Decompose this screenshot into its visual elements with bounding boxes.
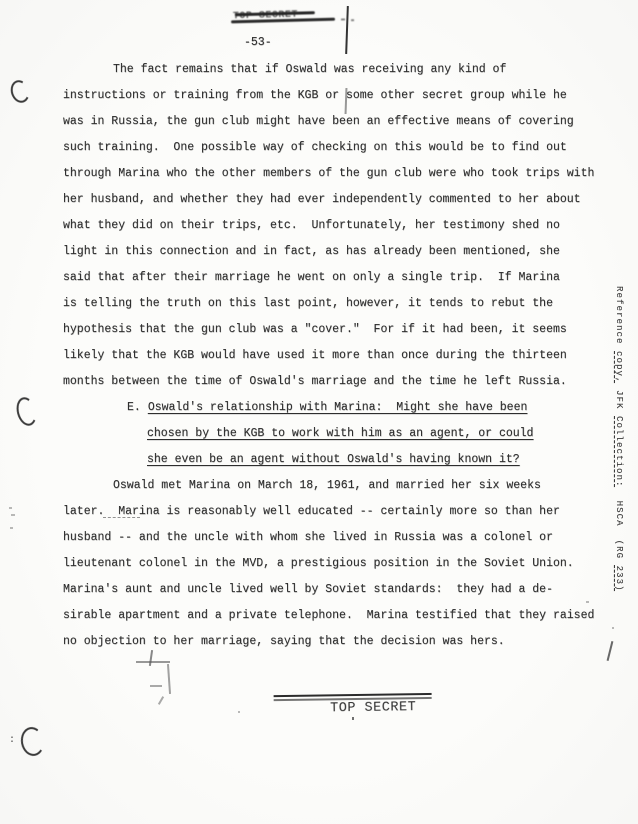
- document-line: lieutenant colonel in the MVD, a prestig…: [0, 551, 638, 577]
- ink-speck: [352, 717, 354, 720]
- ink-speck: [612, 627, 614, 629]
- top-secret-stamp-text: TOP SECRET: [330, 700, 416, 716]
- document-line: no objection to her marriage, saying tha…: [0, 629, 638, 655]
- document-line: likely that the KGB would have used it m…: [0, 343, 638, 369]
- document-line: husband -- and the uncle with whom she l…: [0, 525, 638, 551]
- ink-speck: [586, 601, 589, 603]
- document-line: sirable apartment and a private telephon…: [0, 603, 638, 629]
- document-lines: The fact remains that if Oswald was rece…: [0, 57, 638, 655]
- page-number: -53-: [244, 36, 272, 49]
- pen-stroke: [345, 6, 349, 54]
- document-line: said that after their marriage he went o…: [0, 265, 638, 291]
- document-line: what they did on their trips, etc. Unfor…: [0, 213, 638, 239]
- ink-speck: [341, 18, 345, 20]
- document-line: through Marina who the other members of …: [0, 161, 638, 187]
- pencil-mark: :: [9, 735, 15, 746]
- document-line: is telling the truth on this last point,…: [0, 291, 638, 317]
- document-line: chosen by the KGB to work with him as an…: [0, 421, 638, 447]
- ink-speck: [11, 514, 15, 516]
- ink-speck: [351, 19, 354, 21]
- document-line: such training. One possible way of check…: [0, 135, 638, 161]
- pencil-smudge: [136, 661, 170, 663]
- document-line: she even be an agent without Oswald's ha…: [0, 447, 638, 473]
- document-page: TOP SECRET -53- The fact remains that if…: [0, 0, 638, 824]
- document-line: months between the time of Oswald's marr…: [0, 369, 638, 395]
- handwritten-c-mark: [19, 725, 47, 758]
- document-line: later. Marina is reasonably well educate…: [0, 499, 638, 525]
- document-line: instructions or training from the KGB or…: [0, 83, 638, 109]
- pencil-underline-mark: [103, 517, 140, 518]
- document-line: hypothesis that the gun club was a "cove…: [0, 317, 638, 343]
- document-line: Oswald met Marina on March 18, 1961, and…: [0, 473, 638, 499]
- ink-speck: [10, 527, 13, 529]
- ink-speck: [9, 507, 12, 509]
- top-secret-stamp-bottom: TOP SECRET: [295, 685, 416, 762]
- document-line: light in this connection and in fact, as…: [0, 239, 638, 265]
- pencil-smudge: [158, 696, 164, 705]
- document-line: her husband, and whether they had ever i…: [0, 187, 638, 213]
- document-line: was in Russia, the gun club might have b…: [0, 109, 638, 135]
- document-line: The fact remains that if Oswald was rece…: [0, 57, 638, 83]
- ink-speck: [238, 711, 240, 713]
- top-secret-stamp-struck: TOP SECRET: [231, 6, 338, 33]
- document-line: Marina's aunt and uncle lived well by So…: [0, 577, 638, 603]
- side-note: Reference copy, JFK Collection: HSCA (RG…: [614, 286, 624, 592]
- heading-prefix: E.: [127, 401, 141, 414]
- pencil-smudge: [150, 685, 162, 687]
- document-line: E.Oswald's relationship with Marina: Mig…: [0, 395, 638, 421]
- pencil-smudge: [167, 664, 171, 694]
